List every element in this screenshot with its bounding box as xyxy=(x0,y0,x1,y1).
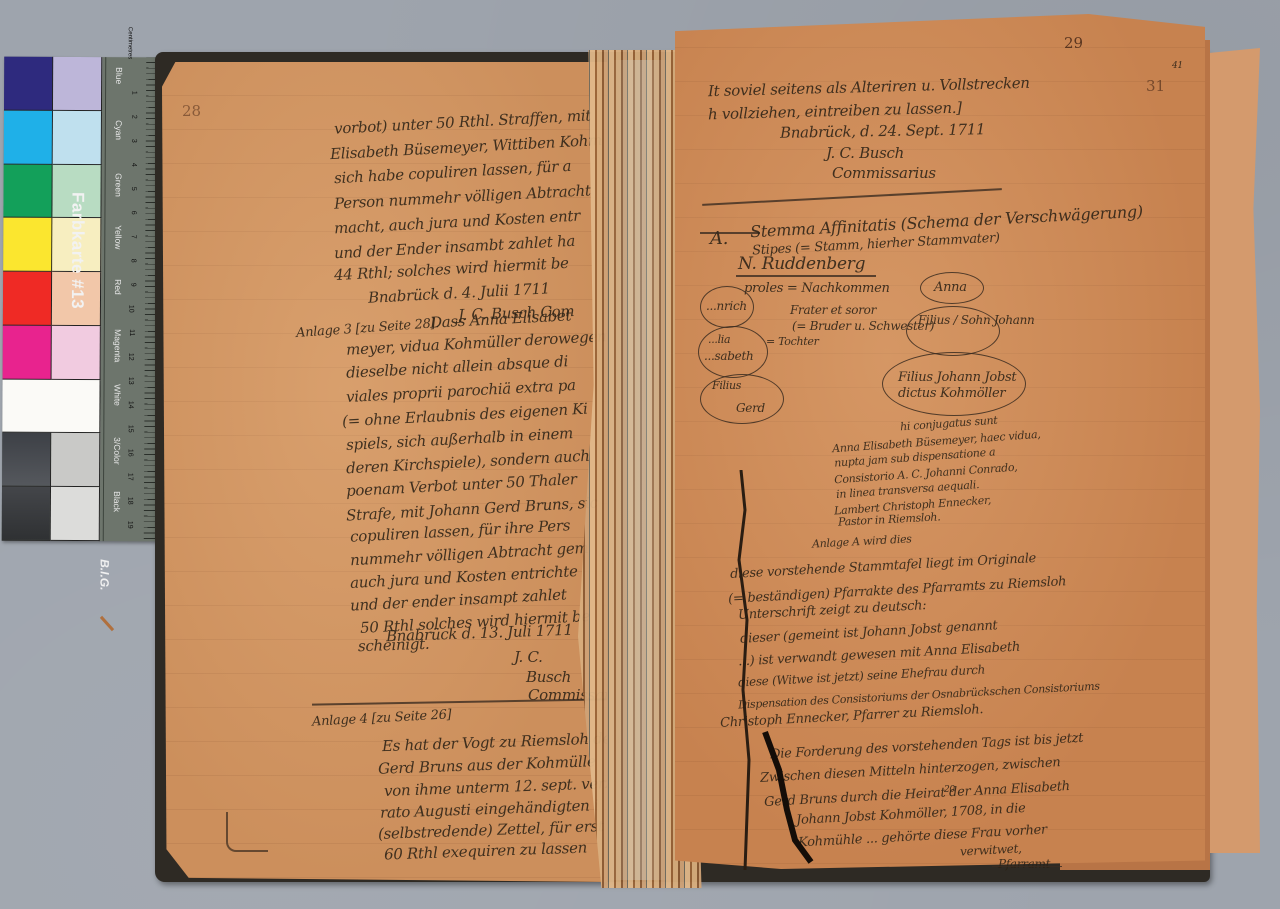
signature-name: Busch xyxy=(526,670,571,685)
patch-blue-dark xyxy=(4,57,53,111)
superscript-number: 20 xyxy=(944,786,955,795)
ruler-tick: 10 xyxy=(128,305,135,313)
page-number-28: 28 xyxy=(182,102,201,120)
root-underline xyxy=(736,275,876,277)
stemma-proles: proles = Nachkommen xyxy=(744,282,890,295)
ruler-tick: 5 xyxy=(130,187,137,191)
signature-title: Commissarius xyxy=(832,166,936,181)
color-calibration-card: Farbkarte #13 Blue Cyan Green Yellow Red… xyxy=(2,57,161,542)
signature-initials: J. C. xyxy=(514,650,543,665)
ruler-tick: 18 xyxy=(127,497,134,505)
patch-white xyxy=(2,379,100,433)
ruler-tick: 9 xyxy=(130,283,137,287)
patch-green-dark xyxy=(3,164,52,218)
patch-black-light xyxy=(51,487,100,541)
ruler: Centimetres 1 2 3 4 5 6 7 8 9 10 11 12 1… xyxy=(103,57,159,541)
corner-mark: 41 xyxy=(1172,62,1183,71)
stemma-person: ...lia xyxy=(708,334,730,345)
signature-pfarramt: Pfarramt xyxy=(998,858,1050,870)
ruler-unit-cm: Centimetres xyxy=(126,27,132,59)
ruler-tick: 16 xyxy=(127,449,134,457)
stemma-root: N. Ruddenberg xyxy=(738,256,865,273)
patch-cyan-dark xyxy=(4,110,53,164)
stemma-person: Filius xyxy=(712,380,741,391)
card-brand: B.I.G. xyxy=(97,559,111,590)
tape-glare xyxy=(610,60,670,880)
stemma-siblings: Frater et soror xyxy=(790,304,876,316)
torn-corner xyxy=(226,812,268,852)
signature-name: J. C. Busch xyxy=(826,146,904,161)
ruler-tick: 11 xyxy=(128,329,135,336)
stemma-person-anna: Anna xyxy=(934,281,967,294)
card-title: Farbkarte #13 xyxy=(67,192,88,309)
signature-underline xyxy=(992,866,1062,867)
patch-magenta-dark xyxy=(3,325,52,379)
patch-blue-light xyxy=(53,57,102,111)
ruler-tick: 1 xyxy=(131,91,138,95)
text-line: verwitwet, xyxy=(960,842,1022,857)
ruler-tick: 13 xyxy=(127,377,134,385)
stemma-filia: = Tochter xyxy=(766,336,819,347)
patch-magenta-light xyxy=(52,326,101,380)
patch-red-dark xyxy=(3,272,52,326)
paper-fragment xyxy=(100,616,114,631)
stemma-person: ...sabeth xyxy=(704,350,753,362)
ruler-tick: 14 xyxy=(127,401,134,409)
patch-3color-dark xyxy=(2,433,51,487)
patch-3color-light xyxy=(51,433,100,487)
ruler-tick: 19 xyxy=(126,521,133,529)
stemma-person: ...nrich xyxy=(706,300,747,312)
ruler-tick: 15 xyxy=(127,425,134,433)
tear-in-page xyxy=(735,470,825,870)
ruler-tick: 8 xyxy=(130,259,137,263)
page-number-31: 31 xyxy=(1146,77,1165,95)
patch-yellow-dark xyxy=(3,218,52,272)
patch-black-dark xyxy=(2,487,51,541)
color-patches xyxy=(2,57,103,542)
stemma-person-johann-jobst: Filius Johann Jobst dictus Kohmöller xyxy=(898,370,1018,401)
ruler-tick: 3 xyxy=(130,139,137,143)
ruler-tick: 6 xyxy=(130,211,137,215)
page-number-29: 29 xyxy=(1064,34,1083,52)
ruler-tick: 4 xyxy=(130,163,137,167)
ruler-tick: 12 xyxy=(127,353,134,361)
ruler-tick: 17 xyxy=(127,473,134,481)
ruler-tick: 7 xyxy=(130,235,137,239)
ruler-tick: 2 xyxy=(130,115,137,119)
date-line: Bnabrück, d. 24. Sept. 1711 xyxy=(780,122,985,141)
patch-cyan-light xyxy=(53,111,102,165)
stemma-person-johann: Filius / Sohn Johann xyxy=(918,314,1035,326)
stemma-person: Gerd xyxy=(736,402,765,414)
